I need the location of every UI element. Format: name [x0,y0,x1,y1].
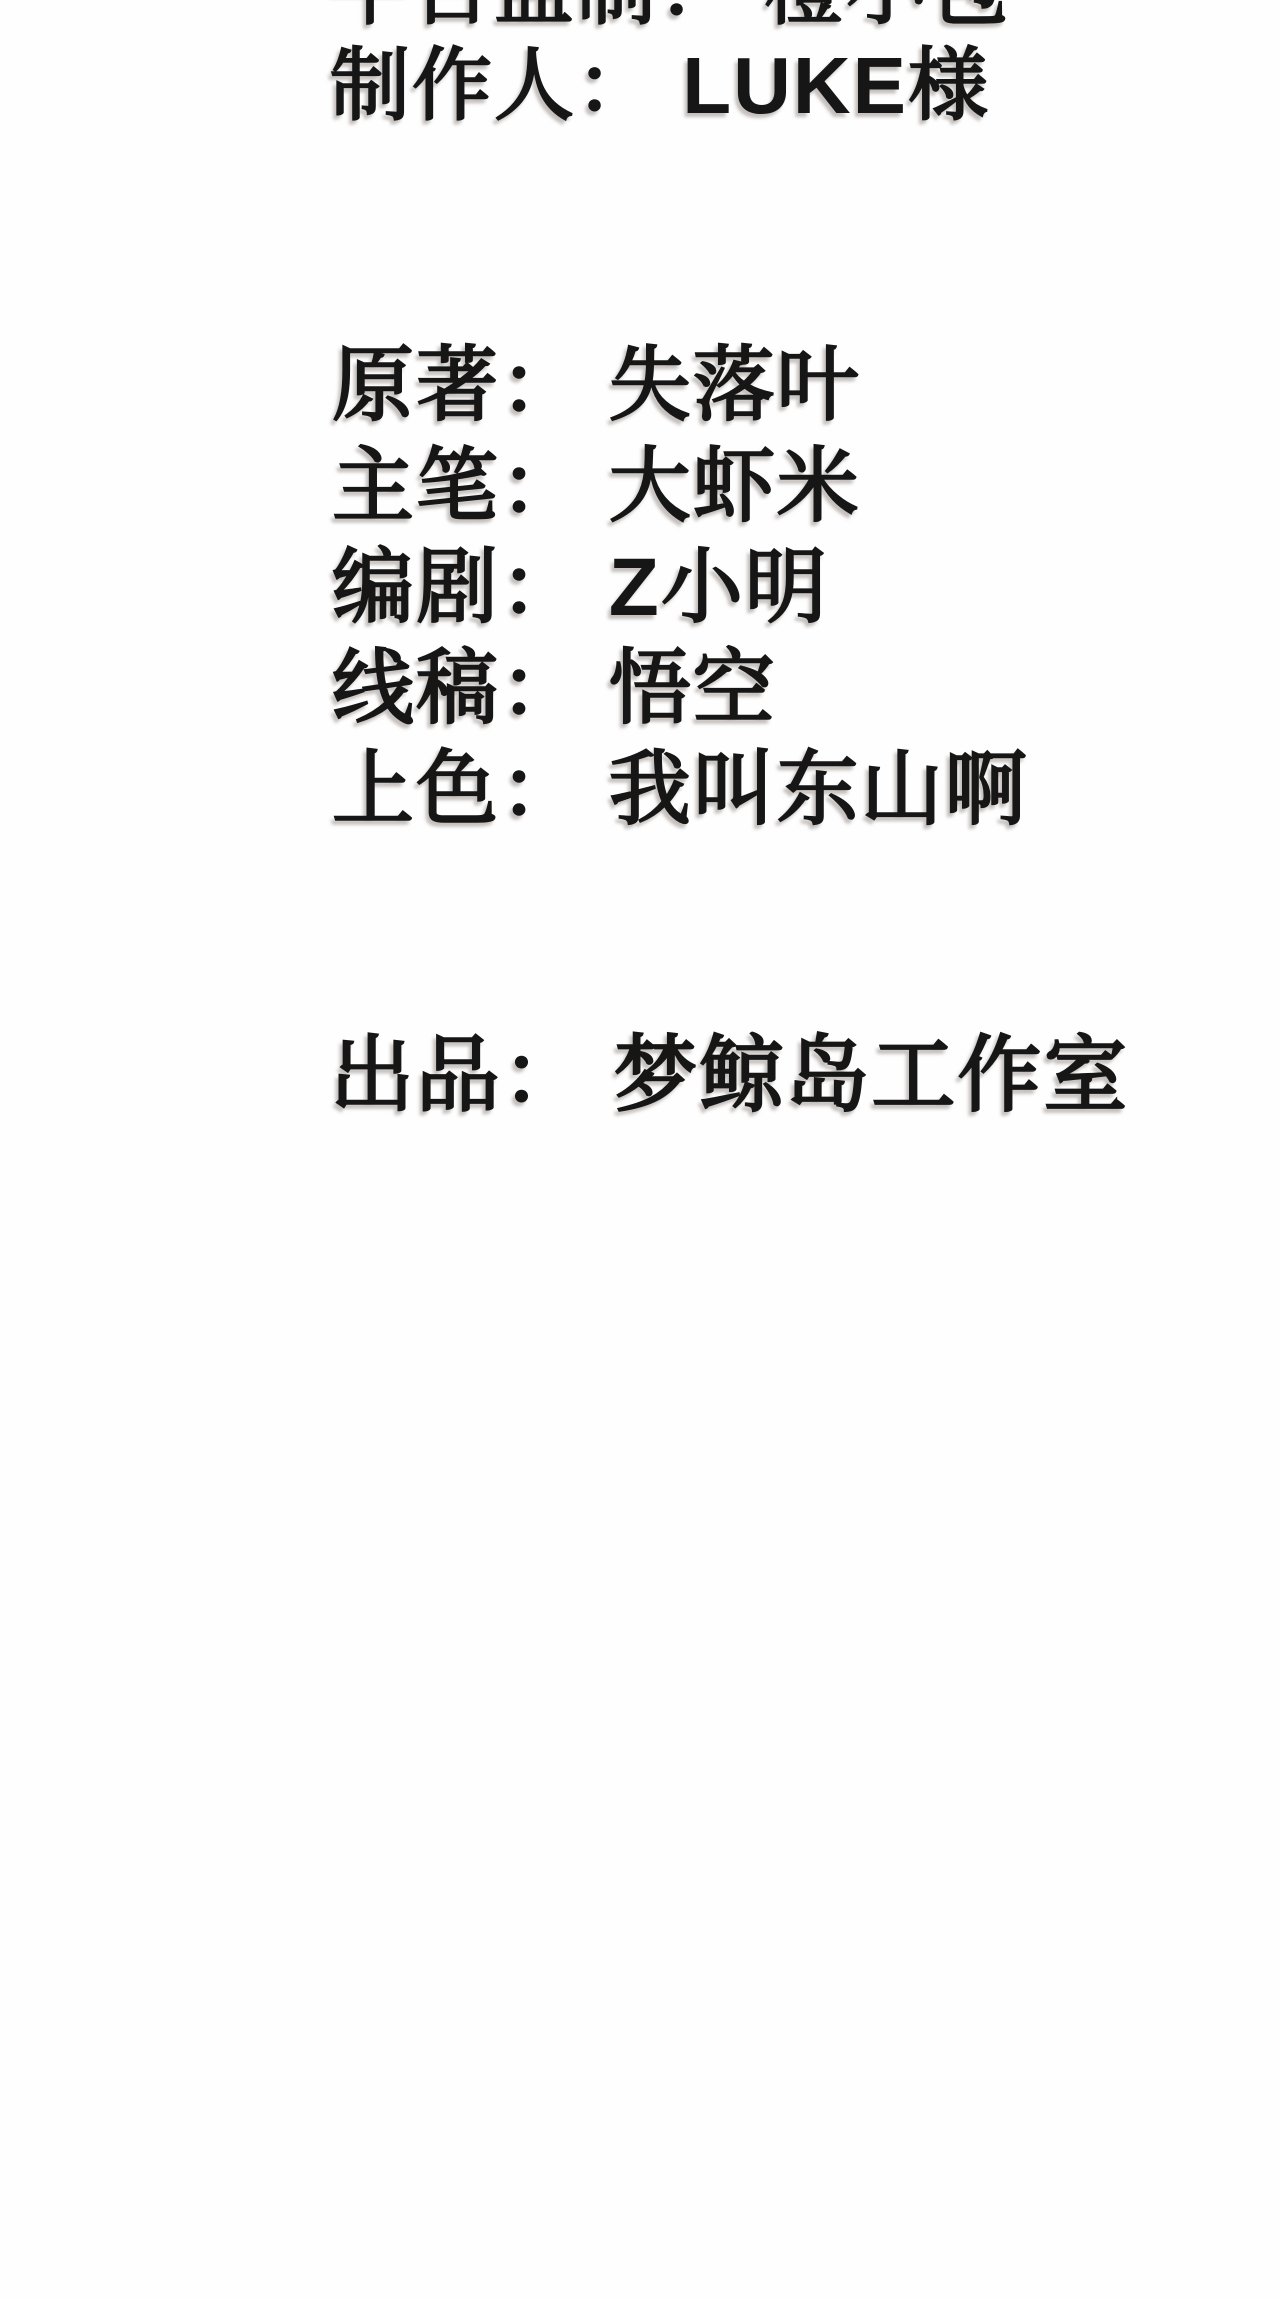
credit-line-lead-artist: 主笔： 大虾米 [332,436,1029,537]
credit-line-original-author: 原著： 失落叶 [332,335,1029,436]
studio-credits-block: 出品： 梦鲸岛工作室 [330,1022,1129,1128]
credit-line-line-art: 线稿： 悟空 [332,638,1029,739]
credit-line-screenwriter: 编剧： Z小明 [332,537,1029,638]
credit-line-coloring: 上色： 我叫东山啊 [332,739,1029,840]
staff-credits-block: 原著： 失落叶 主笔： 大虾米 编剧： Z小明 线稿： 悟空 上色： 我叫东山啊 [332,335,1029,840]
credit-line-producer: 制作人： LUKE様 [330,38,1010,134]
credit-line-platform-supervisor: 平台监制： 橙小包 [330,0,1010,38]
credit-line-studio: 出品： 梦鲸岛工作室 [330,1022,1129,1128]
top-credits-block: 平台监制： 橙小包 制作人： LUKE様 [330,0,1010,134]
